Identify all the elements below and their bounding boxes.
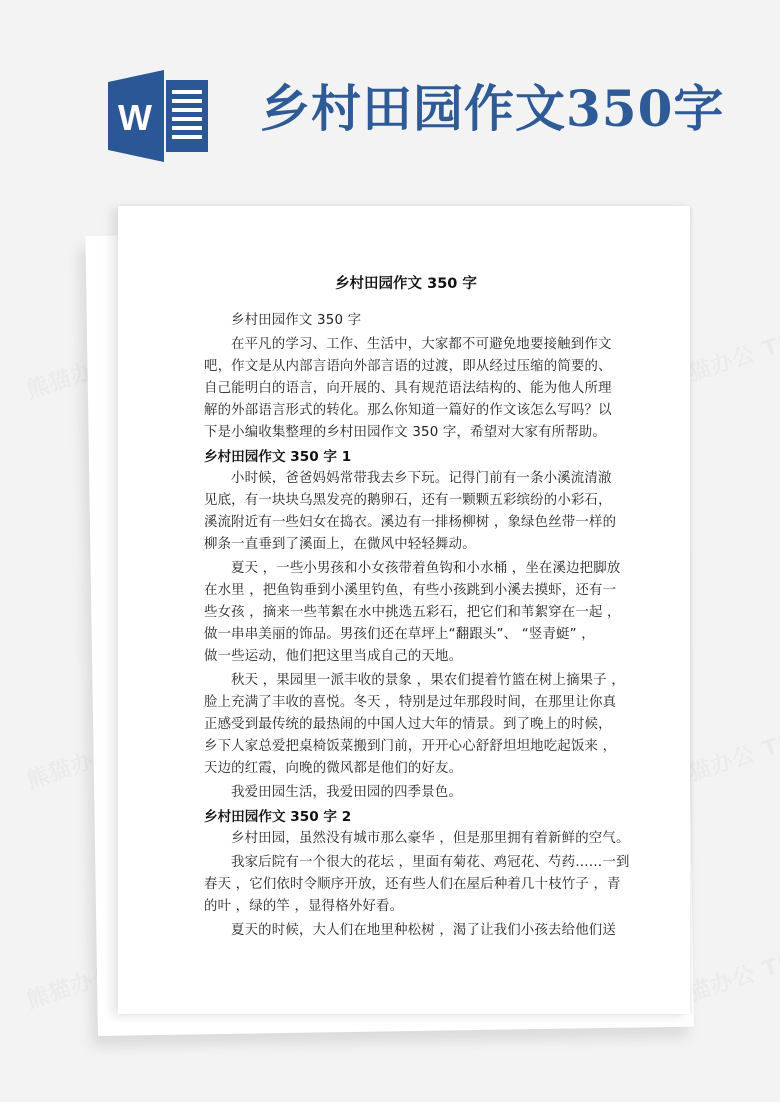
paragraph-line: 小时候，爸爸妈妈常带我去乡下玩。记得门前有一条小溪流清澈 <box>204 468 608 490</box>
paragraph-line: 在水里 ，把鱼钩垂到小溪里钓鱼，有些小孩跳到小溪去摸虾，还有一 <box>204 580 608 602</box>
document-title: 乡村田园作文 350 字 <box>204 272 608 296</box>
heading-text: 乡村田园作文 350 字 2 <box>204 806 608 828</box>
paragraph-line: 乡村田园作文 350 字 <box>204 310 608 332</box>
paragraph-line: 吧，作文是从内部言语向外部言语的过渡，即从经过压缩的简要的、 <box>204 356 608 378</box>
paragraph-line: 夏天 ，一些小男孩和小女孩带着鱼钩和小水桶 ，坐在溪边把脚放 <box>204 558 608 580</box>
paragraph-line: 乡村田园，虽然没有城市那么豪华 ，但是那里拥有着新鲜的空气。 <box>204 828 608 850</box>
paragraph-line: 乡下人家总爱把桌椅饭菜搬到门前，开开心心舒舒坦坦地吃起饭来 ， <box>204 736 608 758</box>
paragraph-line: 天边的红霞，向晚的微风都是他们的好友。 <box>204 758 608 780</box>
paragraph: 乡村田园，虽然没有城市那么豪华 ，但是那里拥有着新鲜的空气。 <box>204 828 608 850</box>
paragraph-line: 自己能明白的语言，向开展的、具有规范语法结构的、能为他人所理 <box>204 378 608 400</box>
paragraph-line: 春天 ，它们依时令顺序开放，还有些人们在屋后种着几十枝竹子 ，青 <box>204 874 608 896</box>
document-page: 乡村田园作文 350 字 乡村田园作文 350 字在平凡的学习、工作、生活中，大… <box>118 206 690 1014</box>
paragraph-line: 夏天的时候，大人们在地里种松树 ，渴了让我们小孩去给他们送 <box>204 920 608 942</box>
banner-title: 乡村田园作文350字 <box>260 76 724 142</box>
paragraph-line: 秋天 ，果园里一派丰收的景象 ，果农们提着竹篮在树上摘果子 ， <box>204 670 608 692</box>
paragraph-line: 的叶 ，绿的竿 ，显得格外好看。 <box>204 896 608 918</box>
document-blocks: 乡村田园作文 350 字在平凡的学习、工作、生活中，大家都不可避免地要接触到作文… <box>204 310 608 942</box>
section-heading: 乡村田园作文 350 字 2 <box>204 806 608 828</box>
paragraph: 小时候，爸爸妈妈常带我去乡下玩。记得门前有一条小溪流清澈见底，有一块块乌黑发亮的… <box>204 468 608 556</box>
paragraph: 在平凡的学习、工作、生活中，大家都不可避免地要接触到作文吧，作文是从内部言语向外… <box>204 334 608 444</box>
heading-text: 乡村田园作文 350 字 1 <box>204 446 608 468</box>
paragraph-line: 下是小编收集整理的乡村田园作文 350 字，希望对大家有所帮助。 <box>204 422 608 444</box>
paragraph-line: 做一些运动，他们把这里当成自己的天地。 <box>204 646 608 668</box>
paragraph-line: 脸上充满了丰收的喜悦。冬天 ，特别是过年那段时间，在那里让你真 <box>204 692 608 714</box>
paragraph: 夏天的时候，大人们在地里种松树 ，渴了让我们小孩去给他们送 <box>204 920 608 942</box>
paragraph-line: 解的外部语言形式的转化。那么你知道一篇好的作文该怎么写吗？以 <box>204 400 608 422</box>
paragraph: 我爱田园生活，我爱田园的四季景色。 <box>204 782 608 804</box>
paragraph: 乡村田园作文 350 字 <box>204 310 608 332</box>
paragraph: 秋天 ，果园里一派丰收的景象 ，果农们提着竹篮在树上摘果子 ，脸上充满了丰收的喜… <box>204 670 608 780</box>
paragraph-line: 见底，有一块块乌黑发亮的鹅卵石，还有一颗颗五彩缤纷的小彩石， <box>204 490 608 512</box>
paragraph-line: 柳条一直垂到了溪面上，在微风中轻轻舞动。 <box>204 534 608 556</box>
paragraph-line: 些女孩 ，摘来一些苇絮在水中挑选五彩石，把它们和苇絮穿在一起 ， <box>204 602 608 624</box>
paragraph-line: 我爱田园生活，我爱田园的四季景色。 <box>204 782 608 804</box>
word-icon-letter: W <box>118 97 152 138</box>
paragraph-line: 正感受到最传统的最热闹的中国人过大年的情景。到了晚上的时候， <box>204 714 608 736</box>
paragraph-line: 做一串串美丽的饰品。男孩们还在草坪上“翻跟头”、 “竖青蜓” ， <box>204 624 608 646</box>
paragraph: 我家后院有一个很大的花坛 ，里面有菊花、鸡冠花、芍药……一到春天 ，它们依时令顺… <box>204 852 608 918</box>
paragraph-line: 在平凡的学习、工作、生活中，大家都不可避免地要接触到作文 <box>204 334 608 356</box>
paragraph: 夏天 ，一些小男孩和小女孩带着鱼钩和小水桶 ，坐在溪边把脚放在水里 ，把鱼钩垂到… <box>204 558 608 668</box>
microsoft-word-icon: W <box>106 68 210 164</box>
paragraph-line: 溪流附近有一些妇女在捣衣。溪边有一排杨柳树 ，象绿色丝带一样的 <box>204 512 608 534</box>
paragraph-line: 我家后院有一个很大的花坛 ，里面有菊花、鸡冠花、芍药……一到 <box>204 852 608 874</box>
document-body: 乡村田园作文 350 字 乡村田园作文 350 字在平凡的学习、工作、生活中，大… <box>204 272 608 944</box>
section-heading: 乡村田园作文 350 字 1 <box>204 446 608 468</box>
